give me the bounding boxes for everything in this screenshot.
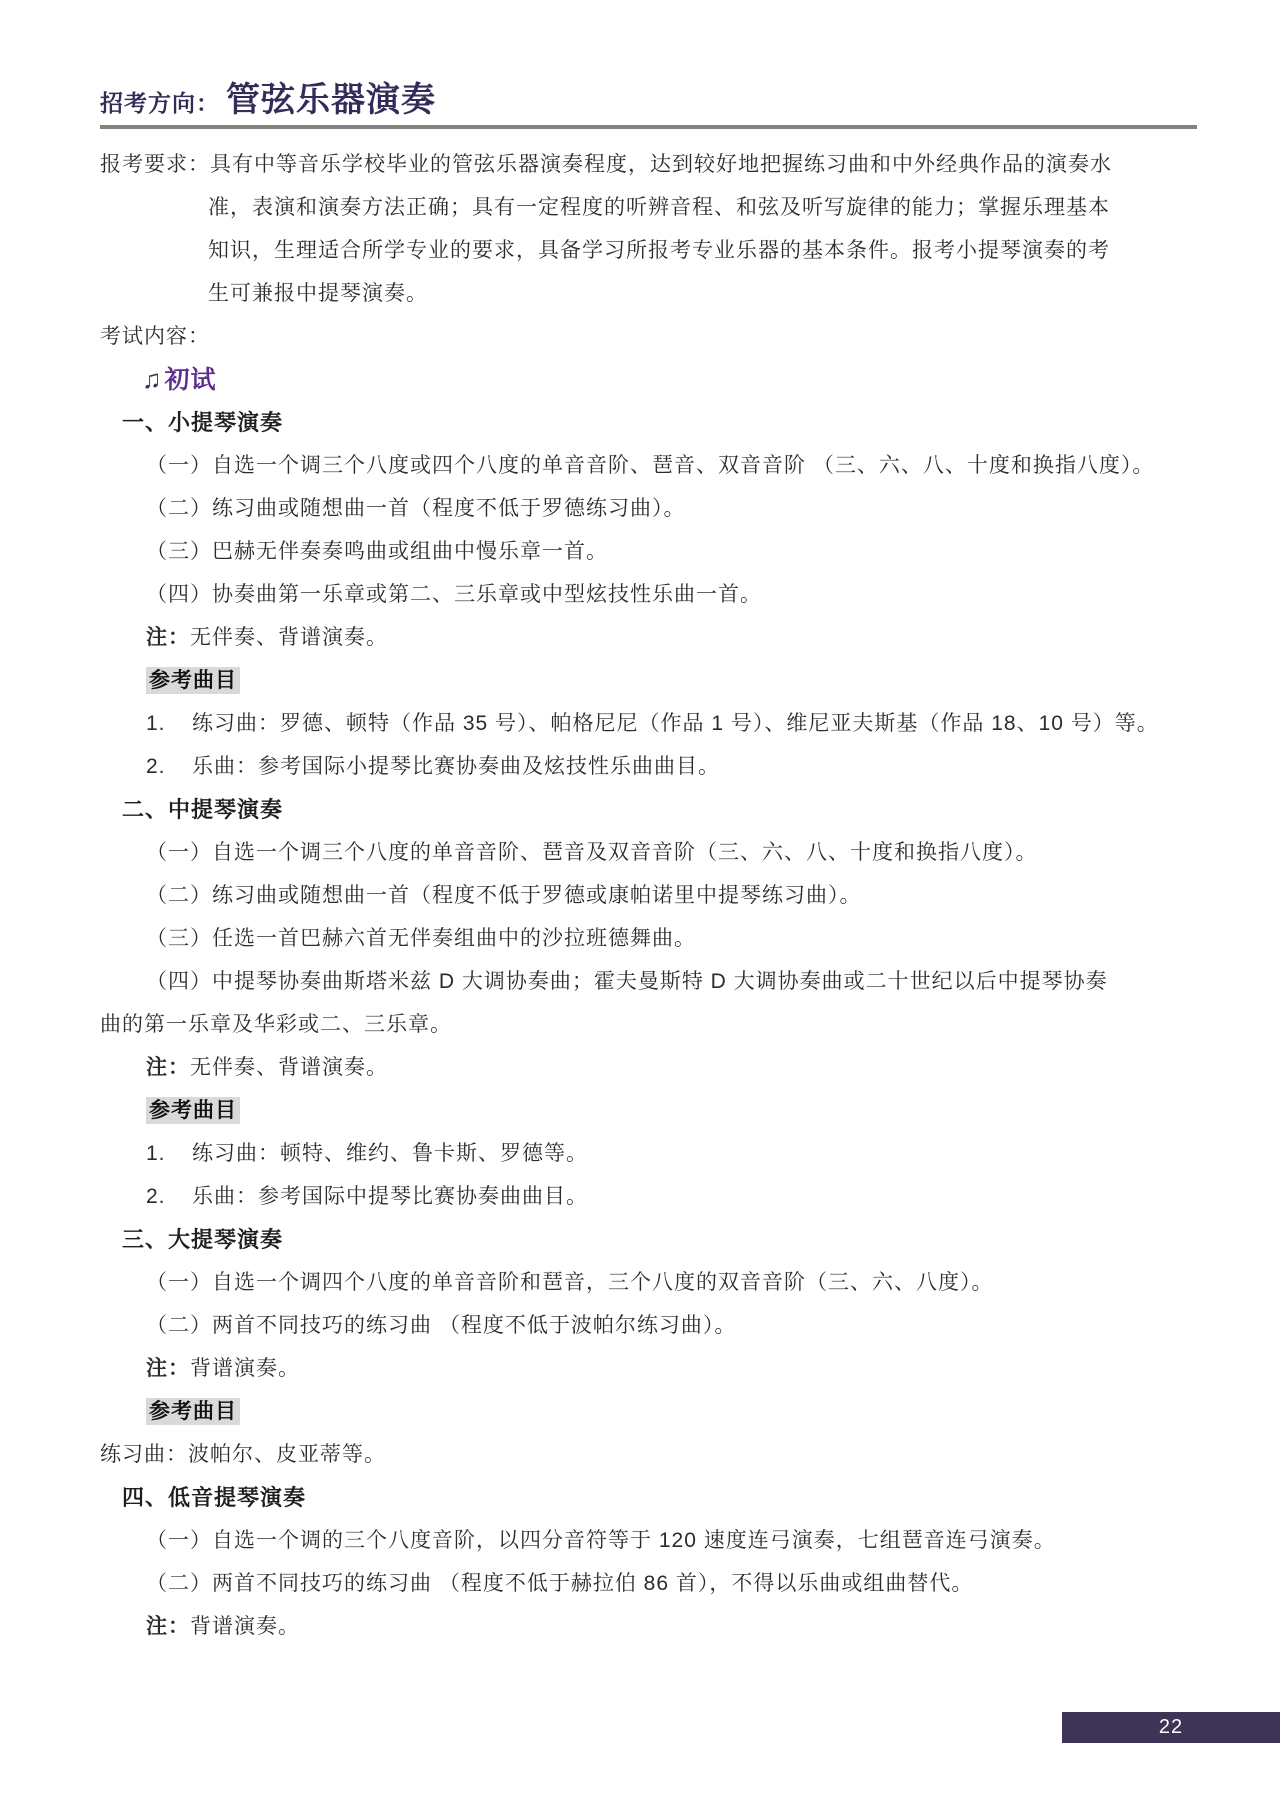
- item-text: 练习曲：罗德、顿特（作品 35 号）、帕格尼尼（作品 1 号）、维尼亚夫斯基（作…: [192, 712, 1159, 735]
- list-item-continuation: 曲的第一乐章及华彩或二、三乐章。: [100, 1003, 1197, 1046]
- section-heading-cello: 三、大提琴演奏: [100, 1218, 1197, 1261]
- page-number: 22: [1159, 1716, 1183, 1738]
- list-item: （三）巴赫无伴奏奏鸣曲或组曲中慢乐章一首。: [100, 530, 1197, 573]
- page-number-badge: 22: [1062, 1712, 1280, 1743]
- list-item: （四）协奏曲第一乐章或第二、三乐章或中型炫技性乐曲一首。: [100, 573, 1197, 616]
- note-row: 注：无伴奏、背谱演奏。: [100, 1046, 1197, 1089]
- note-label: 注：: [146, 1056, 190, 1079]
- note-label: 注：: [146, 1615, 190, 1638]
- requirements-text: 具有中等音乐学校毕业的管弦乐器演奏程度，达到较好地把握练习曲和中外经典作品的演奏…: [210, 153, 1112, 176]
- item-number: 1.: [146, 1132, 192, 1175]
- list-item: （一）自选一个调四个八度的单音音阶和琶音，三个八度的双音音阶（三、六、八度）。: [100, 1261, 1197, 1304]
- list-item: （一）自选一个调的三个八度音阶，以四分音符等于 120 速度连弓演奏，七组琶音连…: [100, 1519, 1197, 1562]
- page-title: 管弦乐器演奏: [226, 72, 436, 121]
- requirements-line-1: 报考要求：具有中等音乐学校毕业的管弦乐器演奏程度，达到较好地把握练习曲和中外经典…: [100, 143, 1197, 186]
- round-title: 初试: [165, 366, 217, 394]
- note-row: 注：背谱演奏。: [100, 1605, 1197, 1648]
- list-item: （二）两首不同技巧的练习曲 （程度不低于赫拉伯 86 首），不得以乐曲或组曲替代…: [100, 1562, 1197, 1605]
- reference-item: 1.练习曲：罗德、顿特（作品 35 号）、帕格尼尼（作品 1 号）、维尼亚夫斯基…: [100, 702, 1197, 745]
- reference-heading-row: 参考曲目: [100, 659, 1197, 702]
- list-item: （一）自选一个调三个八度的单音音阶、琶音及双音音阶（三、六、八、十度和换指八度）…: [100, 831, 1197, 874]
- round-title-row: ♫初试: [100, 358, 1197, 401]
- note-text: 背谱演奏。: [190, 1357, 300, 1380]
- reference-heading-row: 参考曲目: [100, 1089, 1197, 1132]
- list-item: （四）中提琴协奏曲斯塔米兹 D 大调协奏曲；霍夫曼斯特 D 大调协奏曲或二十世纪…: [100, 960, 1197, 1003]
- note-label: 注：: [146, 1357, 190, 1380]
- reference-heading: 参考曲目: [146, 1398, 240, 1425]
- item-number: 1.: [146, 702, 192, 745]
- section-heading-viola: 二、中提琴演奏: [100, 788, 1197, 831]
- note-label: 注：: [146, 626, 190, 649]
- requirements-line-2: 准，表演和演奏方法正确；具有一定程度的听辨音程、和弦及听写旋律的能力；掌握乐理基…: [100, 186, 1197, 229]
- reference-heading: 参考曲目: [146, 667, 240, 694]
- requirements-line-3: 知识，生理适合所学专业的要求，具备学习所报考专业乐器的基本条件。报考小提琴演奏的…: [100, 229, 1197, 272]
- item-number: 2.: [146, 1175, 192, 1218]
- item-text: 乐曲：参考国际中提琴比赛协奏曲曲目。: [192, 1185, 588, 1208]
- note-text: 无伴奏、背谱演奏。: [190, 626, 388, 649]
- music-note-icon: ♫: [142, 364, 163, 394]
- document-page: 招考方向： 管弦乐器演奏 报考要求：具有中等音乐学校毕业的管弦乐器演奏程度，达到…: [0, 0, 1280, 1648]
- list-item: （二）练习曲或随想曲一首（程度不低于罗德或康帕诺里中提琴练习曲）。: [100, 874, 1197, 917]
- section-heading-double-bass: 四、低音提琴演奏: [100, 1476, 1197, 1519]
- list-item: （三）任选一首巴赫六首无伴奏组曲中的沙拉班德舞曲。: [100, 917, 1197, 960]
- note-row: 注：无伴奏、背谱演奏。: [100, 616, 1197, 659]
- list-item: （二）两首不同技巧的练习曲 （程度不低于波帕尔练习曲）。: [100, 1304, 1197, 1347]
- list-item: （一）自选一个调三个八度或四个八度的单音音阶、琶音、双音音阶 （三、六、八、十度…: [100, 444, 1197, 487]
- item-text: 练习曲：顿特、维约、鲁卡斯、罗德等。: [192, 1142, 588, 1165]
- reference-heading: 参考曲目: [146, 1097, 240, 1124]
- reference-item: 2.乐曲：参考国际中提琴比赛协奏曲曲目。: [100, 1175, 1197, 1218]
- section-heading-violin: 一、小提琴演奏: [100, 401, 1197, 444]
- note-text: 无伴奏、背谱演奏。: [190, 1056, 388, 1079]
- reference-item: 1.练习曲：顿特、维约、鲁卡斯、罗德等。: [100, 1132, 1197, 1175]
- reference-flush-text: 练习曲：波帕尔、皮亚蒂等。: [100, 1433, 1197, 1476]
- list-item: （二）练习曲或随想曲一首（程度不低于罗德练习曲）。: [100, 487, 1197, 530]
- exam-content-label: 考试内容：: [100, 315, 1197, 358]
- reference-item: 2.乐曲：参考国际小提琴比赛协奏曲及炫技性乐曲曲目。: [100, 745, 1197, 788]
- requirements-label: 报考要求：: [100, 153, 210, 176]
- page-header: 招考方向： 管弦乐器演奏: [100, 0, 1197, 129]
- item-number: 2.: [146, 745, 192, 788]
- document-body: 报考要求：具有中等音乐学校毕业的管弦乐器演奏程度，达到较好地把握练习曲和中外经典…: [100, 143, 1197, 1648]
- reference-heading-row: 参考曲目: [100, 1390, 1197, 1433]
- item-text: 乐曲：参考国际小提琴比赛协奏曲及炫技性乐曲曲目。: [192, 755, 720, 778]
- header-label: 招考方向：: [100, 85, 220, 118]
- note-row: 注：背谱演奏。: [100, 1347, 1197, 1390]
- note-text: 背谱演奏。: [190, 1615, 300, 1638]
- requirements-line-4: 生可兼报中提琴演奏。: [100, 272, 1197, 315]
